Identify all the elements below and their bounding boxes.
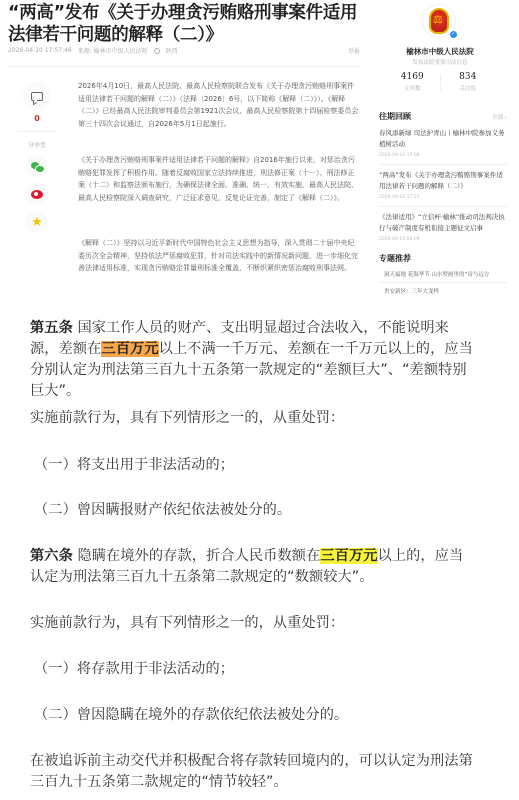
stat-value: 834 xyxy=(441,72,496,82)
news-time: 2026-04-10 17:08 xyxy=(379,153,507,158)
article-text: 隐瞒在境外的存款，折合人民币数额在 xyxy=(73,548,321,564)
account-stats: 4169 文章数 834 关注度 xyxy=(385,72,495,92)
news-title[interactable]: 春风添新绿 司法护青山丨榆林中院参加义务植树活动 xyxy=(379,128,507,149)
section-title: 专题推荐 xyxy=(379,253,411,264)
clause-item: （一）将支出用于非法活动的； xyxy=(34,455,479,476)
article-paragraph: 《关于办理贪污贿赂刑事案件适用法律若干问题的解释》自2016年施行以来，对惩治贪… xyxy=(78,154,360,204)
comment-count: 0 xyxy=(22,114,52,123)
share-wechat-button[interactable] xyxy=(26,155,48,177)
report-link[interactable]: 举报 xyxy=(348,46,360,55)
news-item[interactable]: “两高”发布《关于办理贪污贿赂刑事案件适用法律若干问题的解释（二）》 2026-… xyxy=(379,170,507,200)
aggravating-clause: 实施前款行为，具有下列情形之一的，从重处罚： xyxy=(30,613,475,634)
clause-item: （二）曾因瞒报财产依纪依法被处分的。 xyxy=(34,500,479,521)
topic-item[interactable]: 贵安新区：三年大变样 xyxy=(379,283,507,299)
highlighted-amount: 三百万元 xyxy=(320,548,377,564)
highlighted-amount: 三百万元 xyxy=(101,341,158,357)
topics-header: 专题推荐 xyxy=(379,253,507,264)
share-label: 分享至 xyxy=(22,140,52,149)
article-6-paragraph: 第六条 隐瞒在境外的存款，折合人民币数额在三百万元以上的，应当认定为刑法第三百九… xyxy=(30,546,475,588)
article-location: 陕西 xyxy=(166,46,178,55)
divider xyxy=(379,206,507,207)
clause-item: （二）曾因隐瞒在境外的存款依纪依法被处分的。 xyxy=(34,705,479,726)
article-5-paragraph: 第五条 国家工作人员的财产、支出明显超过合法收入，不能说明来源，差额在三百万元以… xyxy=(30,318,475,402)
clause-item: （一）将存款用于非法活动的； xyxy=(34,659,479,680)
verified-badge-icon: ✓ xyxy=(449,30,458,39)
article-label: 第五条 xyxy=(30,320,73,336)
weibo-icon xyxy=(31,190,43,199)
account-name[interactable]: 榆林市中级人民法院 xyxy=(375,46,505,57)
stat-value: 4169 xyxy=(385,72,440,82)
article-source[interactable]: 来源: 榆林市中级人民法院 xyxy=(78,46,148,55)
share-weibo-button[interactable] xyxy=(26,183,48,205)
favorite-button[interactable]: ★ xyxy=(26,211,48,233)
news-title[interactable]: 《法律适用》“立信杯·榆林”推动司法判决执行与破产制度有机衔接主题征文启事 xyxy=(379,212,507,233)
comment-icon xyxy=(31,92,43,101)
wechat-icon xyxy=(31,162,43,171)
news-title[interactable]: “两高”发布《关于办理贪污贿赂刑事案件适用法律若干问题的解释（二）》 xyxy=(379,170,507,191)
article-label: 第六条 xyxy=(30,548,73,564)
stat-label: 文章数 xyxy=(385,84,440,92)
stat-label: 关注度 xyxy=(441,84,496,92)
view-all-link[interactable]: 全部 › xyxy=(492,113,507,121)
publish-datetime: 2026-04-10 17:57:46 xyxy=(8,47,72,54)
divider xyxy=(8,66,360,67)
stat-articles: 4169 文章数 xyxy=(385,72,440,92)
topic-item[interactable]: 洞天福地 花海华节 山水壁画里的“诗与远方 xyxy=(379,266,507,283)
aggravating-clause: 实施前款行为，具有下列情形之一的，从重处罚： xyxy=(30,408,475,429)
article-title: “两高”发布《关于办理贪污贿赂刑事案件适用法律若干问题的解释（二）》 xyxy=(8,2,363,46)
past-review-header: 往期回顾 全部 › xyxy=(379,111,507,122)
account-description: 发布法院重要司法信息 xyxy=(375,58,505,66)
news-time: 2026-04-10 17:57 xyxy=(379,195,507,200)
floating-action-bar: 0 分享至 ★ xyxy=(22,83,52,233)
comment-button[interactable] xyxy=(24,83,50,109)
article-paragraph: 《解释（二）》坚持以习近平新时代中国特色社会主义思想为指导，深入贯彻二十届中央纪… xyxy=(78,237,360,275)
court-emblem-icon xyxy=(429,8,449,34)
star-icon: ★ xyxy=(31,216,43,229)
article-meta: 2026-04-10 17:57:46 来源: 榆林市中级人民法院 陕西 举报 xyxy=(8,46,360,55)
stat-followers: 834 关注度 xyxy=(441,72,496,92)
divider xyxy=(17,131,57,132)
news-time: 2026-04-10 09:09 xyxy=(379,237,507,242)
lenient-clause: 在被追诉前主动交代并积极配合将存款转回境内的，可以认定为刑法第三百九十五条第二款… xyxy=(30,751,475,793)
section-title: 往期回顾 xyxy=(379,111,411,122)
divider xyxy=(379,164,507,165)
article-screenshot: “两高”发布《关于办理贪污贿赂刑事案件适用法律若干问题的解释（二）》 2026-… xyxy=(0,0,519,310)
article-paragraph: 2026年4月10日，最高人民法院、最高人民检察院联合发布《关于办理贪污贿赂刑事… xyxy=(78,80,360,130)
news-item[interactable]: 春风添新绿 司法护青山丨榆林中院参加义务植树活动 2026-04-10 17:0… xyxy=(379,128,507,158)
news-item[interactable]: 《法律适用》“立信杯·榆林”推动司法判决执行与破产制度有机衔接主题征文启事 20… xyxy=(379,212,507,242)
location-icon xyxy=(154,48,160,54)
